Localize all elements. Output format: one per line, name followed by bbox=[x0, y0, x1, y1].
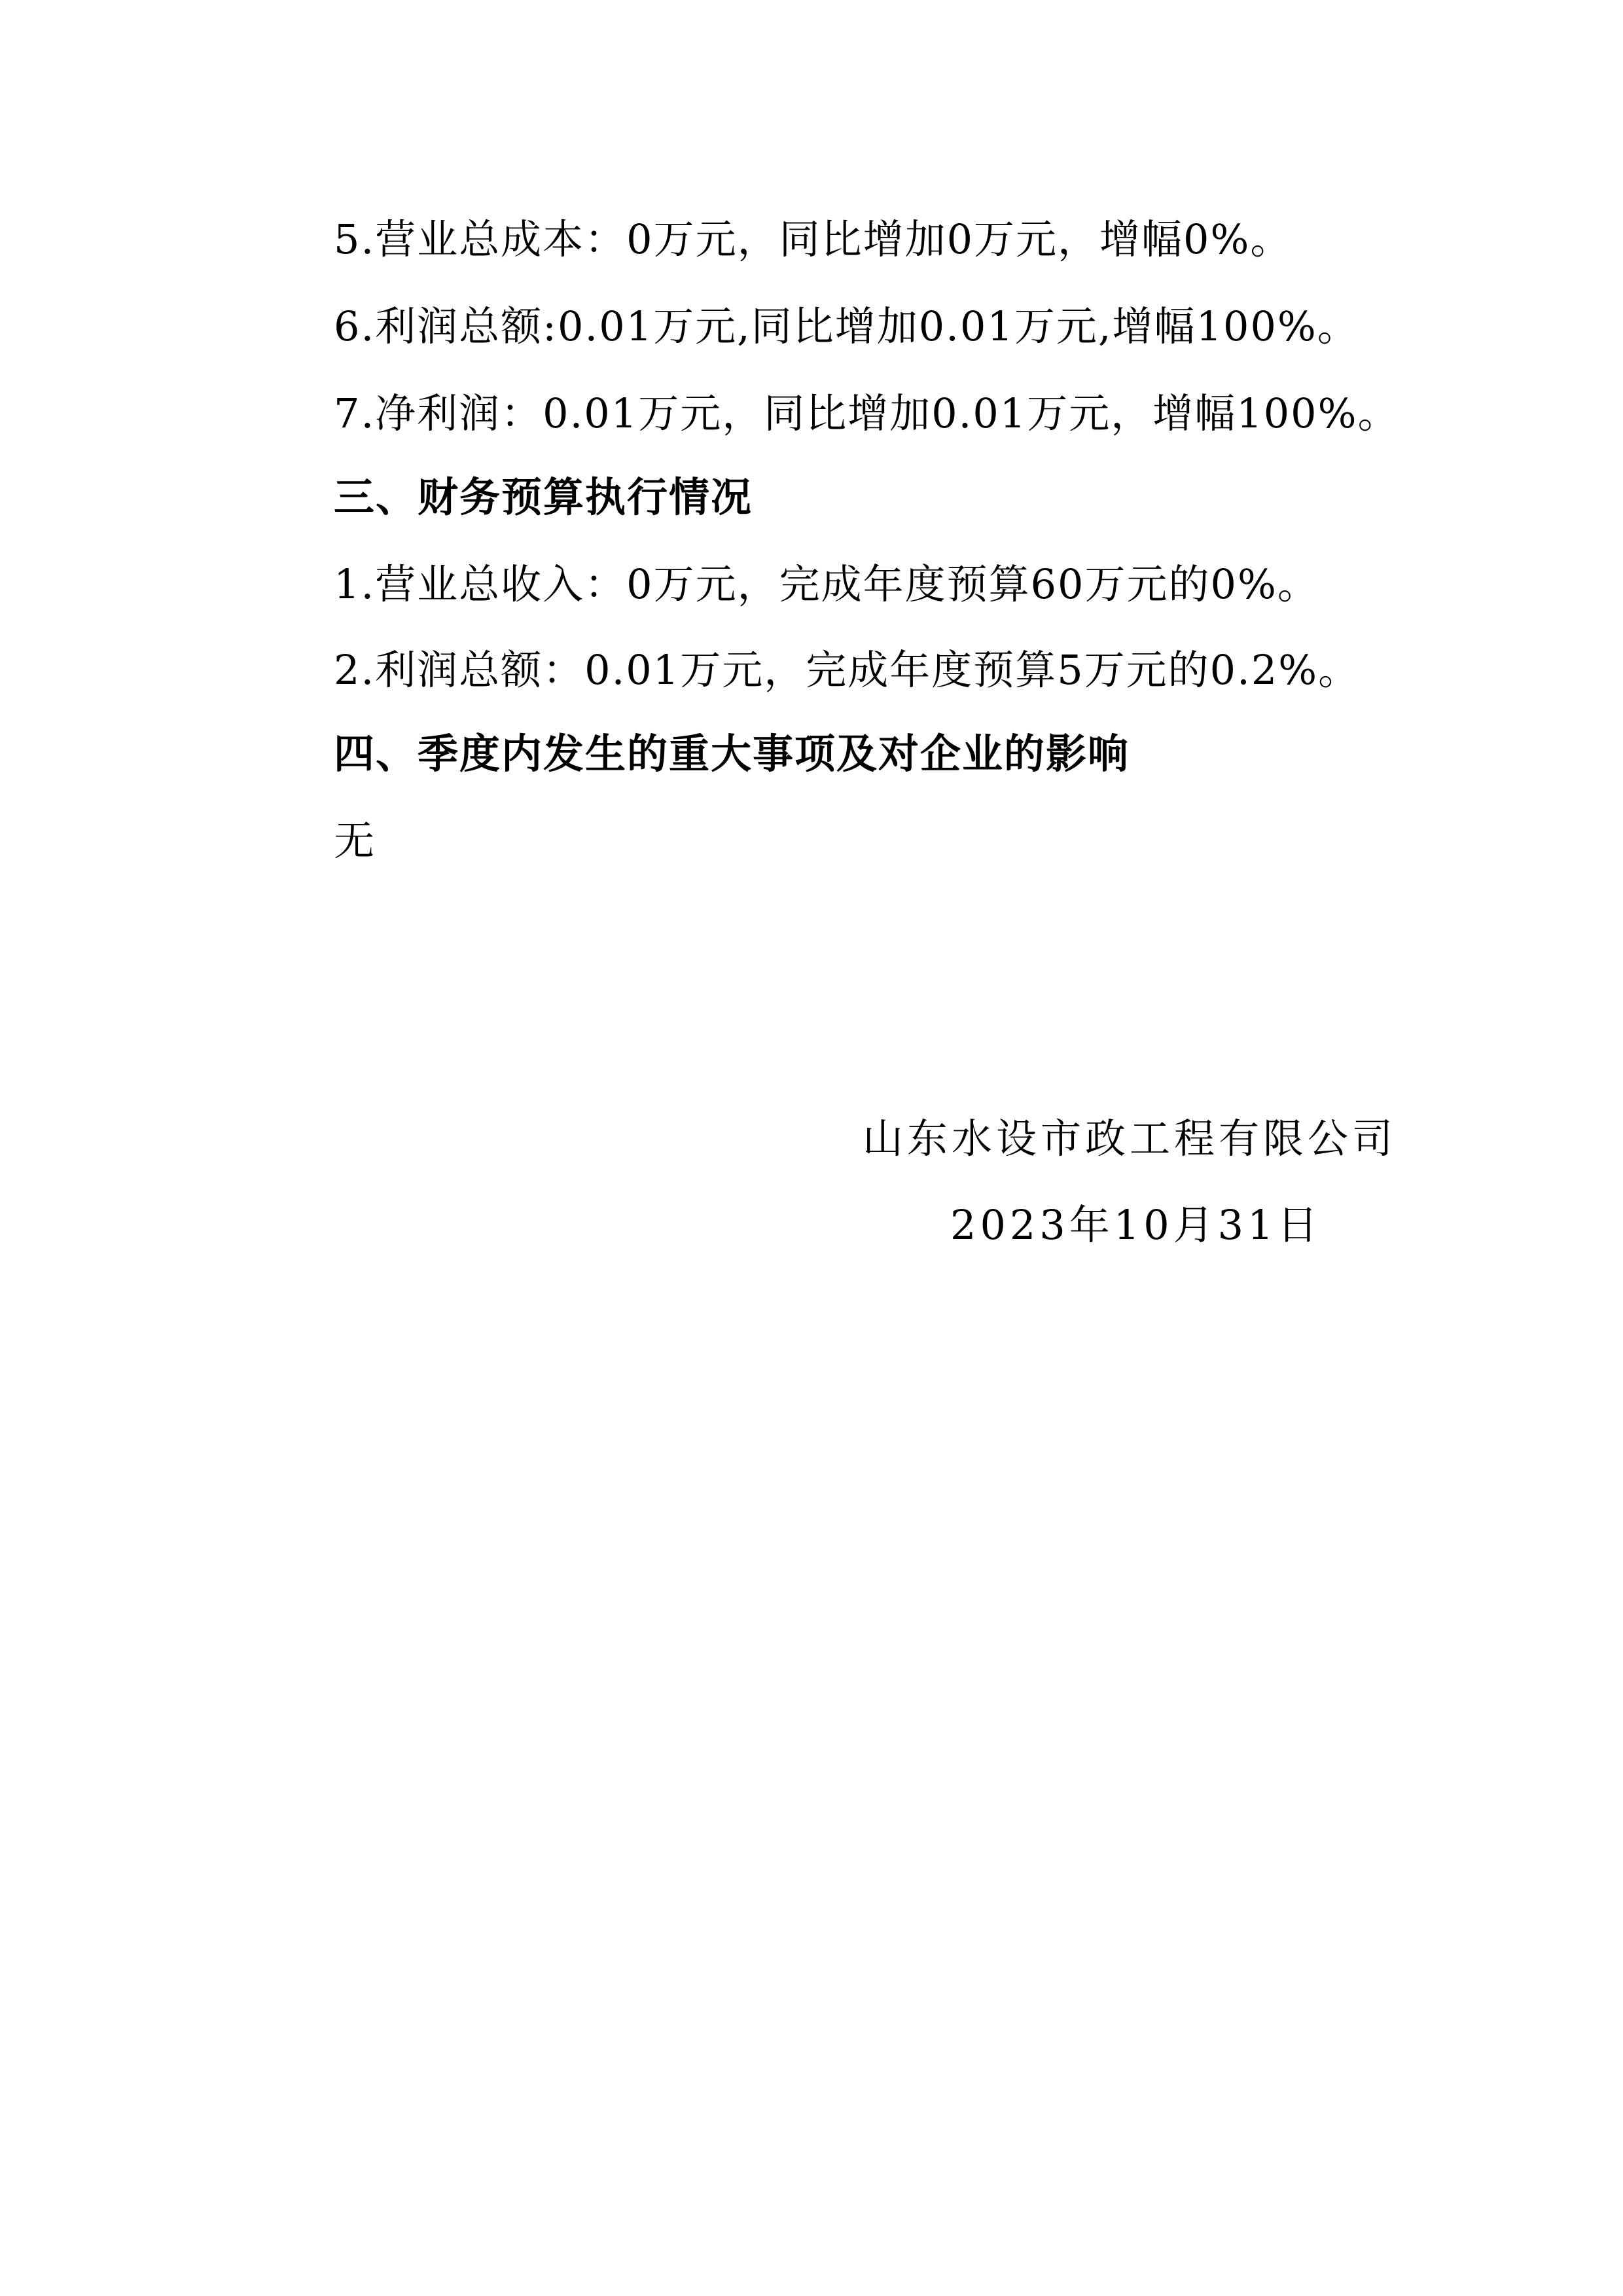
item-total-profit: 6.利润总额:0.01万元,同比增加0.01万元,增幅100%。 bbox=[334, 303, 1359, 350]
item-total-operating-cost: 5.营业总成本：0万元，同比增加0万元，增幅0%。 bbox=[334, 216, 1292, 263]
signature-company: 山东水设市政工程有限公司 bbox=[863, 1115, 1397, 1162]
section-four-heading: 四、季度内发生的重大事项及对企业的影响 bbox=[334, 730, 1130, 778]
item-net-profit: 7.净利润：0.01万元，同比增加0.01万元，增幅100%。 bbox=[334, 390, 1400, 437]
budget-item-revenue: 1.营业总收入：0万元，完成年度预算60万元的0%。 bbox=[334, 561, 1319, 608]
section-four-body: 无 bbox=[334, 817, 376, 865]
budget-item-profit: 2.利润总额：0.01万元，完成年度预算5万元的0.2%。 bbox=[334, 647, 1360, 694]
section-three-heading: 三、财务预算执行情况 bbox=[334, 474, 753, 521]
document-page: 5.营业总成本：0万元，同比增加0万元，增幅0%。 6.利润总额:0.01万元,… bbox=[0, 0, 1623, 2296]
signature-date: 2023年10月31日 bbox=[950, 1202, 1322, 1249]
